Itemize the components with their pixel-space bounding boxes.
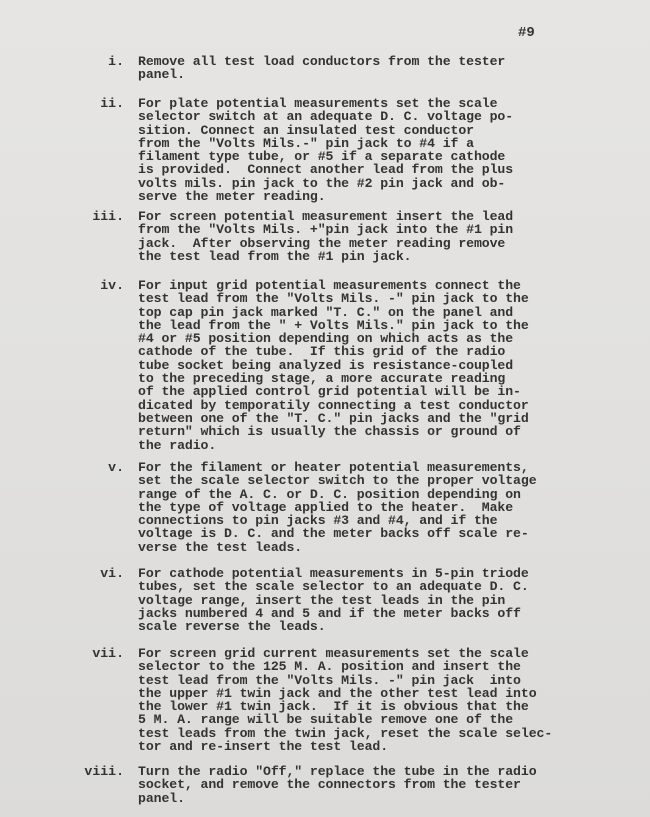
step-text: For plate potential measurements set the… xyxy=(138,97,578,203)
line: serve the meter reading. xyxy=(138,189,326,204)
step-numeral: iii. xyxy=(84,210,124,223)
line: verse the test leads. xyxy=(138,540,302,555)
line: the radio. xyxy=(138,438,216,453)
step-numeral: ii. xyxy=(84,97,124,110)
page-number: #9 xyxy=(518,25,535,41)
step-numeral: vi. xyxy=(84,567,124,580)
step-text: For screen potential measurement insert … xyxy=(138,210,578,263)
step-numeral: v. xyxy=(84,461,124,474)
step-numeral: i. xyxy=(84,55,124,68)
line: panel. xyxy=(138,67,185,82)
line: socket, and remove the connectors from t… xyxy=(138,777,521,792)
step-numeral: vii. xyxy=(84,647,124,660)
step-numeral: iv. xyxy=(84,279,124,292)
line: tor and re-insert the test lead. xyxy=(138,739,388,754)
line: the test lead from the #1 pin jack. xyxy=(138,249,411,264)
step-numeral: viii. xyxy=(84,765,124,778)
step-text: For cathode potential measurements in 5-… xyxy=(138,567,578,633)
step-text: For input grid potential measurements co… xyxy=(138,279,578,452)
line: scale reverse the leads. xyxy=(138,619,326,634)
step-text: Remove all test load conductors from the… xyxy=(138,55,578,82)
step-text: For the filament or heater potential mea… xyxy=(138,461,578,554)
step-text: For screen grid current measurements set… xyxy=(138,647,578,753)
step-text: Turn the radio "Off," replace the tube i… xyxy=(138,765,578,805)
line: panel. xyxy=(138,791,185,806)
line: Remove all test load conductors from the… xyxy=(138,54,505,69)
